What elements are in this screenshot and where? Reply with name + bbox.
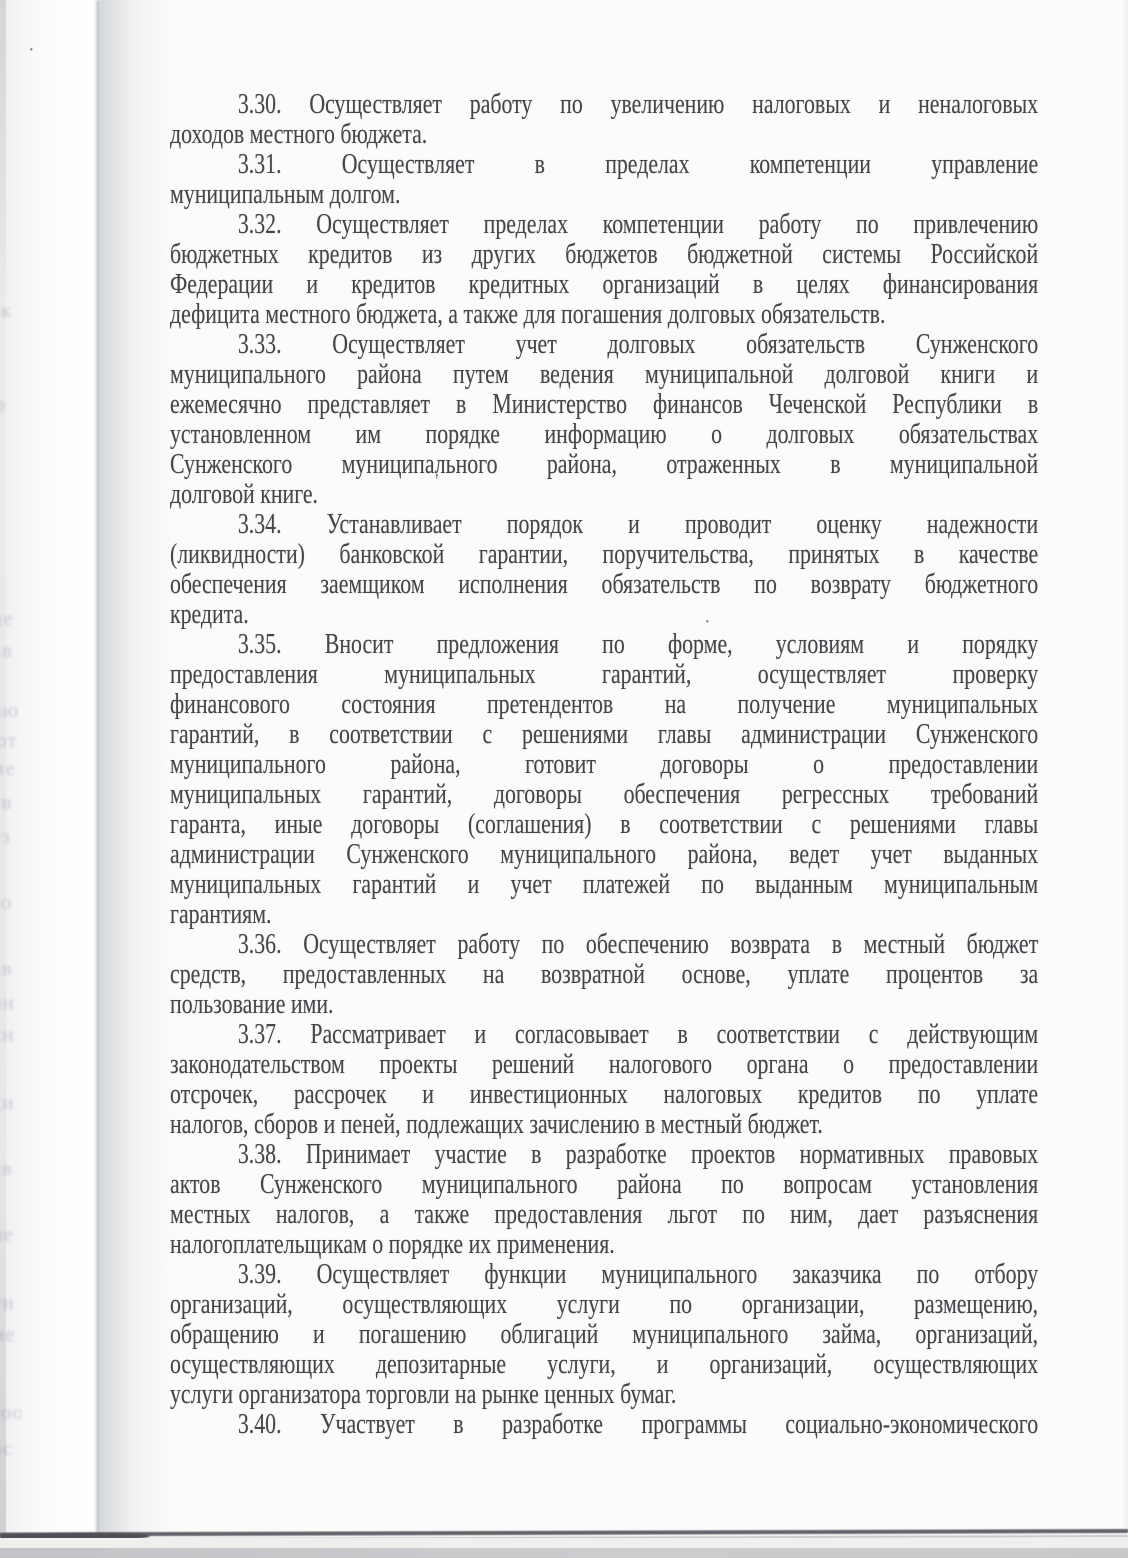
text-line: 3.35. Вносит предложения по форме, услов… [170, 630, 1038, 660]
bleed-through-fragment: не [0, 606, 21, 632]
bleed-through-fragment: вв [0, 638, 21, 664]
text-line: муниципальных гарантий, договоры обеспеч… [170, 780, 1038, 810]
text-line: 3.31. Осуществляет в пределах компетенци… [170, 150, 1038, 180]
document-text: 3.30. Осуществляет работу по увеличению … [170, 90, 1038, 1440]
text-line: долговой книге. [170, 480, 1038, 510]
scanner-bed-light-strip [0, 1538, 1128, 1548]
text-line: предоставления муниципальных гарантий, о… [170, 660, 1038, 690]
scan-artifact-dot: · [28, 40, 35, 60]
text-line: бюджетных кредитов из других бюджетов бю… [170, 240, 1038, 270]
text-line: кредита. [170, 600, 1038, 630]
text-line: 3.36. Осуществляет работу по обеспечению… [170, 930, 1038, 960]
bleed-through-fragment: тоо [0, 1400, 21, 1426]
bleed-through-fragment: ме [0, 1322, 21, 1348]
bleed-through-fragment: ез [0, 824, 21, 850]
bleed-through-fragment: то [0, 890, 21, 916]
text-line: гарантий, в соответствии с решениями гла… [170, 720, 1038, 750]
text-line: Федерации и кредитов кредитных организац… [170, 270, 1038, 300]
text-line: средств, предоставленных на возвратной о… [170, 960, 1038, 990]
text-line: 3.30. Осуществляет работу по увеличению … [170, 90, 1038, 120]
text-line: гарантиям. [170, 900, 1038, 930]
bleed-through-fragment: он [0, 990, 21, 1016]
page-spine-shadow [101, 0, 173, 1532]
scan-artifact-dot: · [704, 612, 711, 632]
text-line: пользование ими. [170, 990, 1038, 1020]
text-line: финансового состояния претендентов на по… [170, 690, 1038, 720]
bleed-through-fragment: ют [0, 728, 21, 754]
text-line: 3.37. Рассматривает и согласовывает в со… [170, 1020, 1038, 1050]
text-line: 3.38. Принимает участие в разработке про… [170, 1140, 1038, 1170]
bleed-through-fragment: вв [0, 1156, 21, 1182]
text-line: 3.33. Осуществляет учет долговых обязате… [170, 330, 1038, 360]
text-line: муниципального района путем ведения муни… [170, 360, 1038, 390]
text-line: осуществляющих депозитарные услуги, и ор… [170, 1350, 1038, 1380]
text-line: муниципальных гарантий и учет платежей п… [170, 870, 1038, 900]
text-line: дефицита местного бюджета, а также для п… [170, 300, 1038, 330]
text-line: гаранта, иные договоры (соглашения) в со… [170, 810, 1038, 840]
text-line: Сунженского муниципального района, отраж… [170, 450, 1038, 480]
bleed-through-fragment: ки [0, 1090, 21, 1116]
text-line: отсрочек, рассрочек и инвестиционных нал… [170, 1080, 1038, 1110]
text-line: 3.32. Осуществляет пределах компетенции … [170, 210, 1038, 240]
bleed-through-fragment: не [0, 1222, 21, 1248]
bleed-through-fragment: ме [0, 756, 21, 782]
text-line: установленном им порядке информацию о до… [170, 420, 1038, 450]
text-line: налогов, сборов и пеней, подлежащих зачи… [170, 1110, 1038, 1140]
scanned-document-page: экфневвоюютмеевезтоьвонкнкиввнеунметооос… [0, 0, 1128, 1558]
text-line: 3.40. Участвует в разработке программы с… [170, 1410, 1038, 1440]
text-line: администрации Сунженского муниципального… [170, 840, 1038, 870]
text-line: 3.34. Устанавливает порядок и проводит о… [170, 510, 1038, 540]
bleed-through-fragment: кн [0, 1022, 21, 1048]
text-line: муниципального района, готовит договоры … [170, 750, 1038, 780]
text-line: ежемесячно представляет в Министерство ф… [170, 390, 1038, 420]
text-line: услуги организатора торговли на рынке це… [170, 1380, 1038, 1410]
text-line: местных налогов, а также предоставления … [170, 1200, 1038, 1230]
text-line: законодательством проекты решений налого… [170, 1050, 1038, 1080]
text-line: 3.39. Осуществляет функции муниципальног… [170, 1260, 1038, 1290]
bleed-through-fragment: ою [0, 698, 21, 724]
page-right-edge-shade [1122, 0, 1128, 1532]
bleed-through-fragment: ьв [0, 956, 21, 982]
bleed-through-fragment: ун [0, 1290, 21, 1316]
text-line: доходов местного бюджета. [170, 120, 1038, 150]
bleed-through-fragment: ев [0, 790, 21, 816]
scanner-bed-dark-strip [0, 1548, 1128, 1558]
text-line: муниципальным долгом. [170, 180, 1038, 210]
bleed-through-fragment: ф [0, 392, 21, 418]
text-line: обеспечения заемщиком исполнения обязате… [170, 570, 1038, 600]
text-line: актов Сунженского муниципального района … [170, 1170, 1038, 1200]
scan-artifact-dot: ' [435, 471, 439, 491]
text-line: обращению и погашению облигаций муниципа… [170, 1320, 1038, 1350]
bleed-through-fragment: эк [0, 298, 21, 324]
text-line: организаций, осуществляющих услуги по ор… [170, 1290, 1038, 1320]
text-line: (ликвидности) банковской гарантии, поруч… [170, 540, 1038, 570]
text-line: налогоплательщикам о порядке их применен… [170, 1230, 1038, 1260]
bleed-through-fragment: ос [0, 1436, 21, 1462]
